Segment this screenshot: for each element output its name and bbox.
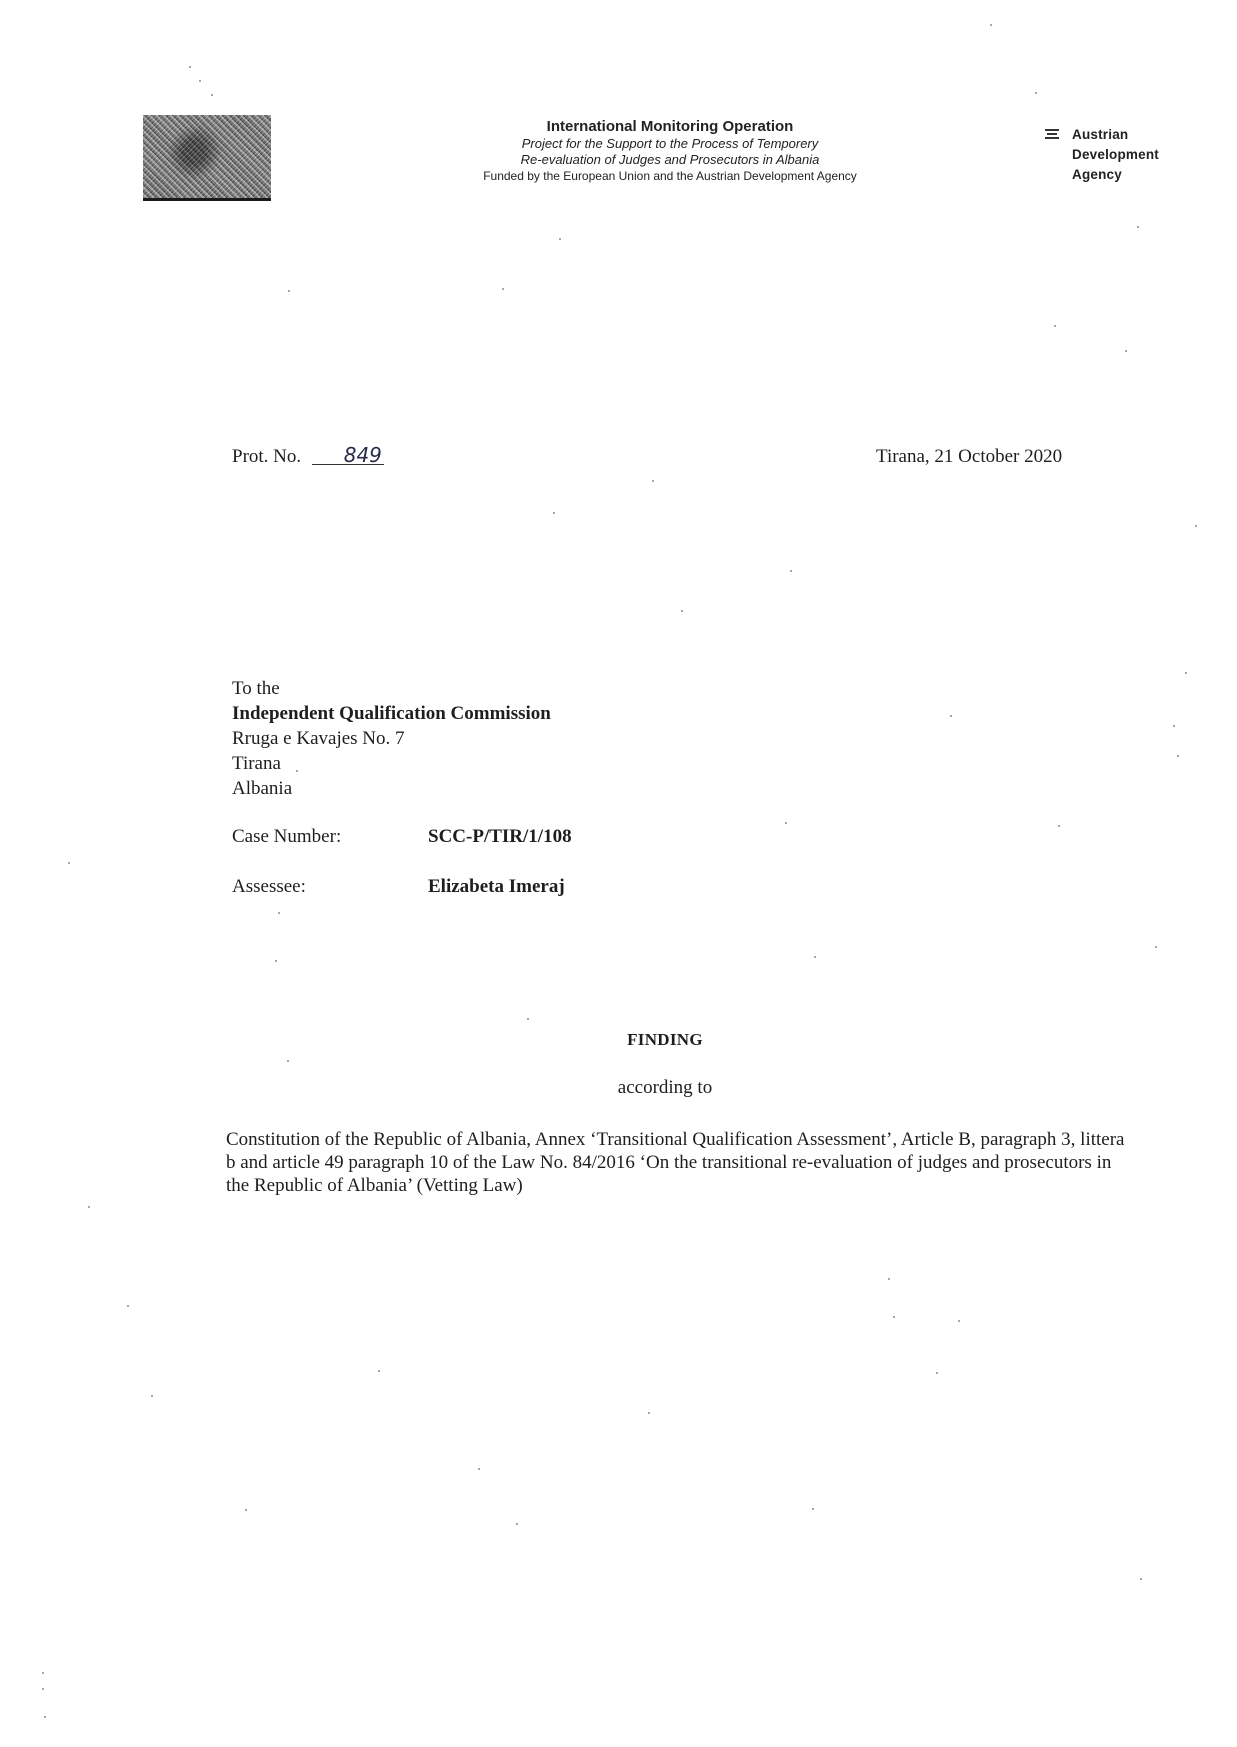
letterhead-subtitle-2: Re-evaluation of Judges and Prosecutors … bbox=[420, 152, 920, 168]
protocol-number: Prot. No. 849 bbox=[232, 446, 384, 468]
place-date: Tirana, 21 October 2020 bbox=[876, 446, 1062, 468]
legal-basis-paragraph: Constitution of the Republic of Albania,… bbox=[226, 1128, 1126, 1197]
agency-line-1: Austrian bbox=[1072, 125, 1159, 145]
agency-line-3: Agency bbox=[1072, 165, 1159, 185]
recipient-country: Albania bbox=[232, 776, 551, 801]
letterhead-subtitle-1: Project for the Support to the Process o… bbox=[420, 136, 920, 152]
letterhead-title: International Monitoring Operation bbox=[420, 118, 920, 136]
protocol-label: Prot. No. bbox=[232, 446, 301, 467]
protocol-value: 849 bbox=[312, 446, 384, 465]
letterhead-funding: Funded by the European Union and the Aus… bbox=[420, 168, 920, 184]
assessee-row: Assessee:Elizabeta Imeraj bbox=[232, 876, 565, 898]
austrian-development-agency-icon bbox=[1045, 129, 1059, 139]
organization-logo bbox=[143, 115, 271, 201]
recipient-street: Rruga e Kavajes No. 7 bbox=[232, 726, 551, 751]
recipient-city: Tirana bbox=[232, 751, 551, 776]
according-to: according to bbox=[0, 1077, 1237, 1099]
document-title: FINDING bbox=[0, 1030, 1237, 1050]
case-number-value: SCC-P/TIR/1/108 bbox=[428, 826, 572, 847]
assessee-value: Elizabeta Imeraj bbox=[428, 876, 565, 897]
letterhead: International Monitoring Operation Proje… bbox=[420, 118, 920, 184]
recipient-organization: Independent Qualification Commission bbox=[232, 701, 551, 726]
agency-mark: Austrian Development Agency bbox=[1045, 125, 1159, 185]
case-number-label: Case Number: bbox=[232, 826, 428, 848]
recipient-salutation: To the bbox=[232, 676, 551, 701]
scanned-letter-page: International Monitoring Operation Proje… bbox=[0, 0, 1237, 1747]
assessee-label: Assessee: bbox=[232, 876, 428, 898]
recipient-address: To the Independent Qualification Commiss… bbox=[232, 676, 551, 801]
agency-line-2: Development bbox=[1072, 145, 1159, 165]
case-number-row: Case Number:SCC-P/TIR/1/108 bbox=[232, 826, 572, 848]
